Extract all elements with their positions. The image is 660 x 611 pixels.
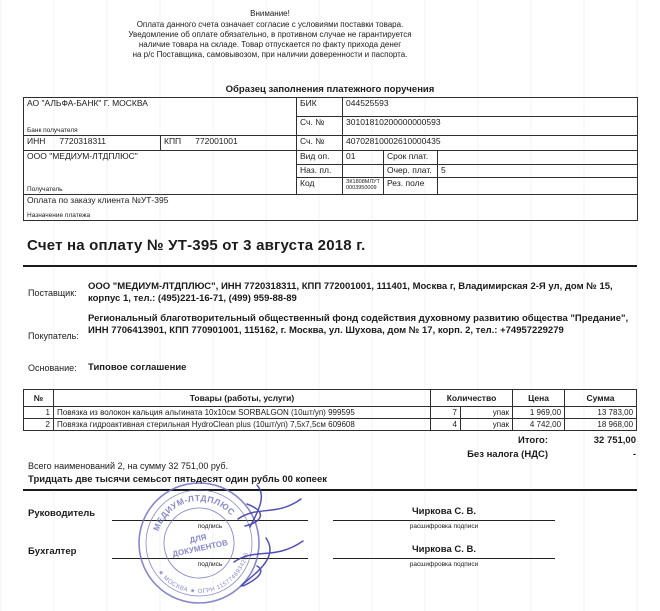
item-unit: упак [461, 419, 513, 431]
payment-order-title: Образец заполнения платежного поручения [23, 84, 637, 95]
total-label: Итого: [330, 435, 556, 446]
basis-value: Типовое соглашение [88, 362, 640, 374]
invoice-document: Внимание! Оплата данного счета означает … [0, 0, 660, 611]
director-name-line [333, 508, 555, 521]
company-stamp: МЕДИУМ-ЛТДПЛЮС ★ МОСКВА ★ ОГРН 115774693… [124, 468, 273, 611]
col-num: № [24, 390, 54, 407]
item-name: Повязка из волокон кальция альгината 10х… [54, 407, 431, 419]
kod-value: ЗК1808МЛУТ 0003950009 [343, 178, 384, 195]
supplier-label: Поставщик: [28, 288, 77, 298]
item-num: 1 [24, 407, 54, 419]
divider-line [23, 489, 637, 491]
inn-value: 7720318311 [59, 136, 106, 146]
totals-block: Итого: 32 751,00 Без налога (НДС) - [330, 433, 636, 461]
payee-cell: ООО "МЕДИУМ-ЛТДПЛЮС" Получатель [24, 151, 297, 195]
srok-plat-label: Срок плат. [384, 151, 438, 165]
item-sum: 13 783,00 [565, 407, 637, 419]
kod-label: Код [297, 178, 343, 195]
notice-title: Внимание! [75, 9, 465, 19]
item-qty: 7 [431, 407, 461, 419]
kpp-value: 772001001 [195, 136, 238, 146]
purpose-caption: Назначение платежа [27, 212, 634, 220]
srok-plat-value [438, 151, 638, 165]
item-price: 1 969,00 [513, 407, 565, 419]
rez-pole-label: Рез. поле [384, 178, 438, 195]
accountant-label: Бухгалтер [28, 546, 76, 557]
vid-op-label: Вид оп. [297, 151, 343, 165]
vid-op-value: 01 [343, 151, 384, 165]
notice-line: на р/с Поставщика, самовывозом, при нали… [75, 50, 465, 60]
naz-pl-value [343, 165, 384, 178]
buyer-label: Покупатель: [28, 331, 79, 341]
inn-cell: ИНН7720318311 [24, 136, 161, 151]
table-row: 2 Повязка гидроактивная стерильная Hydro… [24, 419, 637, 431]
payment-notice: Внимание! Оплата данного счета означает … [75, 9, 465, 60]
account-label: Сч. № [297, 136, 343, 151]
accountant-name-line [333, 546, 555, 559]
ocher-plat-label: Очер. плат. [384, 165, 438, 178]
col-sum: Сумма [565, 390, 637, 407]
notice-line: Оплата данного счета означает согласие с… [75, 20, 465, 30]
naz-pl-label: Наз. пл. [297, 165, 343, 178]
basis-label: Основание: [28, 363, 77, 373]
items-summary: Всего наименований 2, на сумму 32 751,00… [28, 461, 228, 471]
no-vat-label: Без налога (НДС) [330, 449, 556, 460]
corr-account-label: Сч. № [297, 117, 343, 136]
notice-line: Уведомление об оплате обязательно, в про… [75, 30, 465, 40]
bik-value: 044525593 [343, 98, 638, 117]
item-unit: упак [461, 407, 513, 419]
director-label: Руководитель [28, 508, 95, 519]
bik-label: БИК [297, 98, 343, 117]
name-caption: расшифровка подписи [333, 561, 555, 568]
items-header-row: № Товары (работы, услуги) Количество Цен… [24, 390, 637, 407]
stamp-arc-top-text: МЕДИУМ-ЛТДПЛЮС [146, 485, 239, 534]
col-qty: Количество [431, 390, 513, 407]
table-row: 1 Повязка из волокон кальция альгината 1… [24, 407, 637, 419]
supplier-value: ООО "МЕДИУМ-ЛТДПЛЮС", ИНН 7720318311, КП… [88, 281, 640, 305]
item-name: Повязка гидроактивная стерильная HydroCl… [54, 419, 431, 431]
total-value: 32 751,00 [556, 435, 636, 446]
payment-purpose: Оплата по заказу клиента №УТ-395 [27, 196, 634, 206]
inn-label: ИНН [27, 136, 45, 146]
bank-name: АО "АЛЬФА-БАНК" Г. МОСКВА [27, 99, 293, 109]
account-value: 40702810002610000435 [343, 136, 638, 151]
col-name: Товары (работы, услуги) [54, 390, 431, 407]
items-table: № Товары (работы, услуги) Количество Цен… [23, 389, 637, 431]
divider-line [23, 265, 637, 267]
rez-pole-value [438, 178, 638, 195]
kpp-cell: КПП772001001 [161, 136, 297, 151]
item-num: 2 [24, 419, 54, 431]
corr-account-value: 30101810200000000593 [343, 117, 638, 136]
name-caption: расшифровка подписи [333, 523, 555, 530]
buyer-value: Региональный благотворительный обществен… [88, 313, 640, 337]
payee-name: ООО "МЕДИУМ-ЛТДПЛЮС" [27, 152, 293, 162]
item-sum: 18 968,00 [565, 419, 637, 431]
purpose-cell: Оплата по заказу клиента №УТ-395 Назначе… [24, 195, 638, 221]
payee-caption: Получатель [27, 186, 293, 194]
kpp-label: КПП [164, 136, 181, 146]
bank-caption: Банк получателя [27, 127, 293, 135]
invoice-title: Счет на оплату № УТ-395 от 3 августа 201… [27, 237, 366, 254]
col-price: Цена [513, 390, 565, 407]
no-vat-value: - [556, 449, 636, 460]
item-qty: 4 [431, 419, 461, 431]
item-price: 4 742,00 [513, 419, 565, 431]
ocher-plat-value: 5 [438, 165, 638, 178]
notice-line: наличие товара на складе. Товар отпускае… [75, 40, 465, 50]
payment-order-table: АО "АЛЬФА-БАНК" Г. МОСКВА Банк получател… [23, 97, 638, 221]
bank-cell: АО "АЛЬФА-БАНК" Г. МОСКВА Банк получател… [24, 98, 297, 136]
